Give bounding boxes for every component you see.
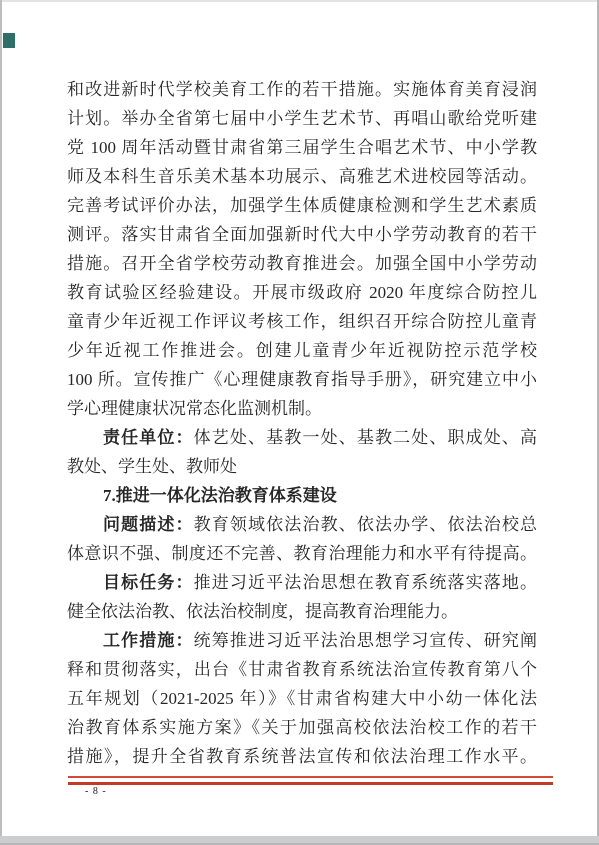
document-body: 和改进新时代学校美育工作的若干措施。实施体育美育浸润计划。举办全省第七届中小学生… [67, 75, 537, 771]
text-line: 目标任务：推进习近平法治思想在教育系统落实落地。 [67, 568, 537, 597]
text-line: 教育试验区经验建设。开展市级政府 2020 年度综合防控儿 [67, 278, 537, 307]
text-line: 责任单位：体艺处、基教一处、基教二处、职成处、高 [67, 423, 537, 452]
page-edge-top [0, 0, 599, 2]
corner-accent-mark [3, 33, 15, 48]
text-line: 体意识不强、制度还不完善、教育治理能力和水平有待提高。 [67, 539, 537, 568]
text-line: 党 100 周年活动暨甘肃省第三届学生合唱艺术节、中小学教 [67, 133, 537, 162]
document-page[interactable]: 和改进新时代学校美育工作的若干措施。实施体育美育浸润计划。举办全省第七届中小学生… [0, 0, 599, 845]
page-edge-left [0, 0, 2, 845]
footer-rule-thick [68, 782, 553, 785]
text-line: 100 所。宣传推广《心理健康教育指导手册》，研究建立中小 [67, 365, 537, 394]
page-edge-bottom [0, 836, 599, 845]
text-line: 问题描述：教育领域依法治教、依法办学、依法治校总 [67, 510, 537, 539]
page-number: - 8 - [85, 786, 107, 797]
text-line: 释和贯彻落实，出台《甘肃省教育系统法治宣传教育第八个 [67, 655, 537, 684]
text-line: 完善考试评价办法，加强学生体质健康检测和学生艺术素质 [67, 191, 537, 220]
section-heading: 7.推进一体化法治教育体系建设 [67, 481, 537, 510]
bold-label: 责任单位： [103, 428, 194, 447]
text-line: 措施》，提升全省教育系统普法宣传和依法治理工作水平。 [67, 742, 537, 771]
text-line: 和改进新时代学校美育工作的若干措施。实施体育美育浸润 [67, 75, 537, 104]
bold-label: 问题描述： [103, 515, 194, 534]
text-line: 五年规划（2021-2025 年）》《甘肃省构建大中小幼一体化法 [67, 684, 537, 713]
text-line: 健全依法治教、依法治校制度，提高教育治理能力。 [67, 597, 537, 626]
text-line: 措施。召开全省学校劳动教育推进会。加强全国中小学劳动 [67, 249, 537, 278]
text-line: 少年近视工作推进会。创建儿童青少年近视防控示范学校 [67, 336, 537, 365]
text-line: 师及本科生音乐美术基本功展示、高雅艺术进校园等活动。 [67, 162, 537, 191]
bold-label: 工作措施： [103, 631, 194, 650]
text-line: 测评。落实甘肃省全面加强新时代大中小学劳动教育的若干 [67, 220, 537, 249]
text-line: 学心理健康状况常态化监测机制。 [67, 394, 537, 423]
text-line: 童青少年近视工作评议考核工作，组织召开综合防控儿童青 [67, 307, 537, 336]
footer-rule-thin [68, 776, 553, 778]
text-line: 教处、学生处、教师处 [67, 452, 537, 481]
text-line: 工作措施：统筹推进习近平法治思想学习宣传、研究阐 [67, 626, 537, 655]
text-line: 计划。举办全省第七届中小学生艺术节、再唱山歌给党听建 [67, 104, 537, 133]
bold-label: 目标任务： [103, 573, 194, 592]
text-line: 治教育体系实施方案》《关于加强高校依法治校工作的若干 [67, 713, 537, 742]
